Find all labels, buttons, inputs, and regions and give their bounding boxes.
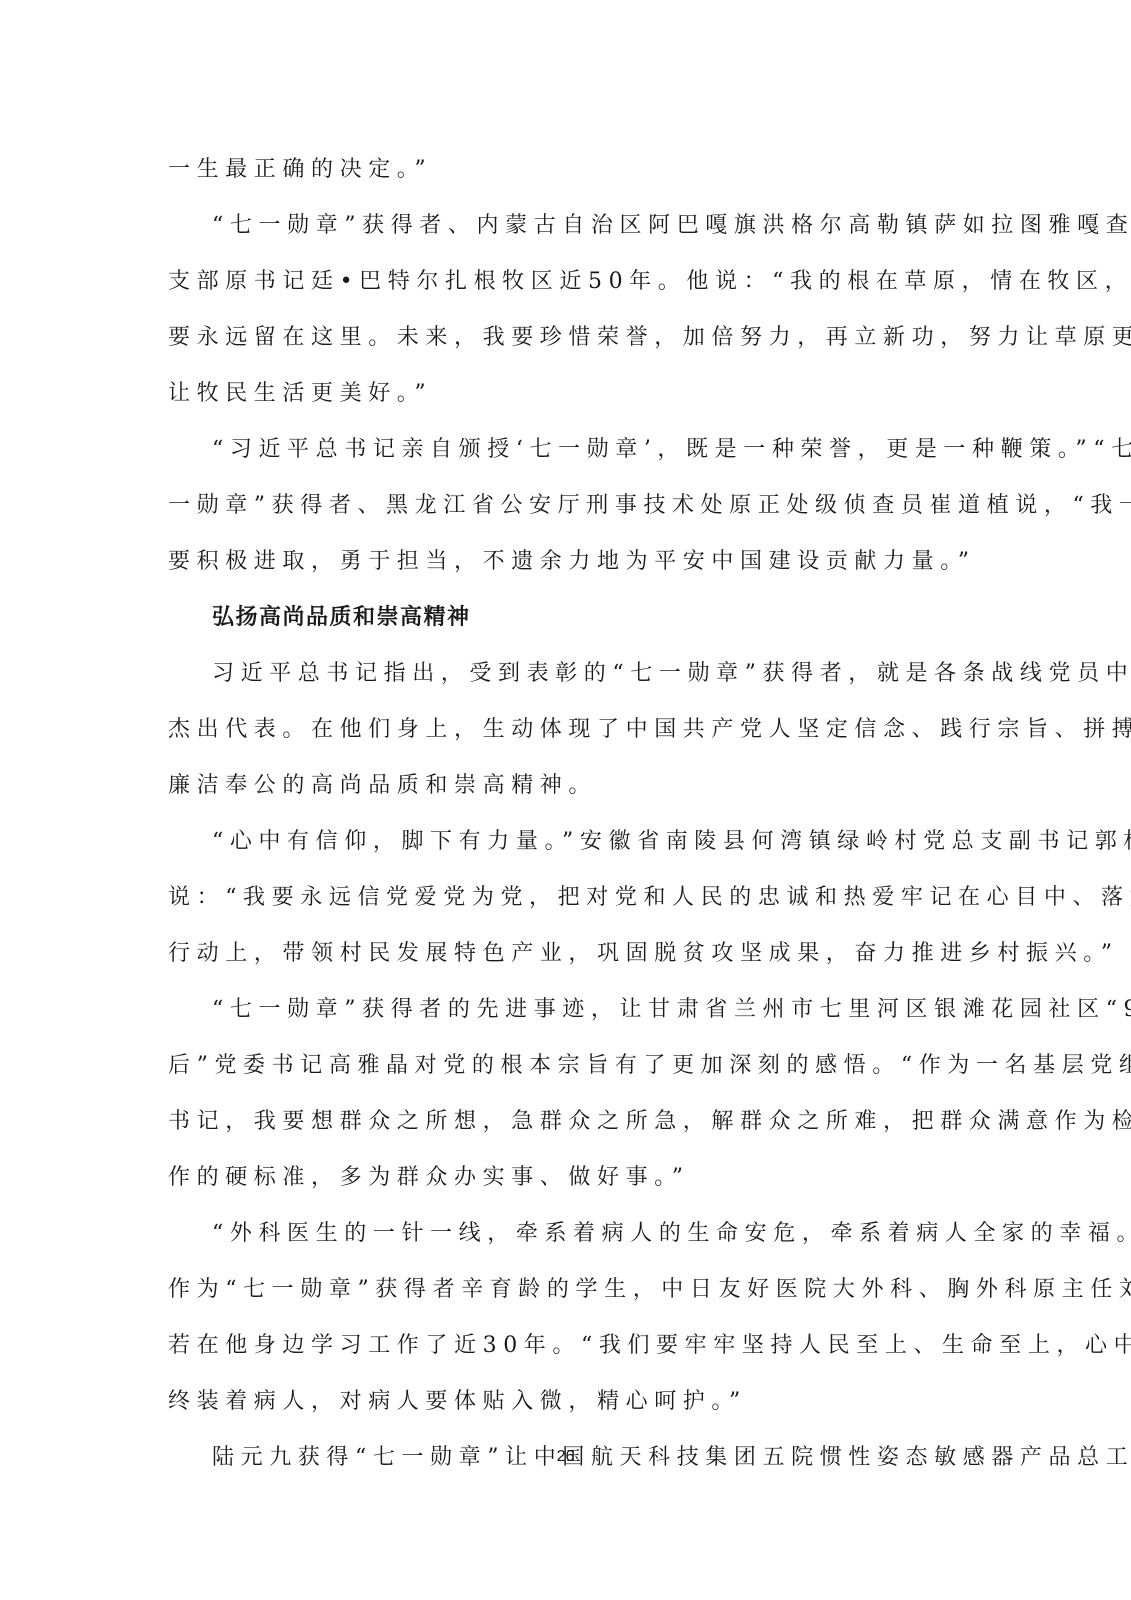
paragraph-line: 要积极进取，勇于担当，不遗余力地为平安中国建设贡献力量。” (168, 542, 976, 582)
paragraph-line: 支部原书记廷•巴特尔扎根牧区近50年。他说：“我的根在草原，情在牧区，我 (168, 262, 942, 302)
paragraph-line: 一生最正确的决定。” (168, 150, 432, 190)
paragraph-line: 杰出代表。在他们身上，生动体现了中国共产党人坚定信念、践行宗旨、拼搏奉献、 (168, 710, 942, 750)
page-number: 26 (0, 1448, 1131, 1466)
paragraph-line: 作的硬标准，多为群众办实事、做好事。” (168, 1158, 690, 1198)
paragraph-line: 让牧民生活更美好。” (168, 374, 432, 414)
paragraph-line: 行动上，带领村民发展特色产业，巩固脱贫攻坚成果，奋力推进乡村振兴。” (168, 934, 1119, 974)
paragraph-line: 后”党委书记高雅晶对党的根本宗旨有了更加深刻的感悟。“作为一名基层党组织 (168, 1046, 942, 1086)
paragraph-line: “七一勋章”获得者的先进事迹，让甘肃省兰州市七里河区银滩花园社区“90 (212, 990, 942, 1030)
paragraph-line: 若在他身边学习工作了近30年。“我们要牢牢坚持人民至上、生命至上，心中始 (168, 1326, 942, 1366)
paragraph-line: 一勋章”获得者、黑龙江省公安厅刑事技术处原正处级侦查员崔道植说，“我一定 (168, 486, 942, 526)
paragraph-line: 习近平总书记指出，受到表彰的“七一勋章”获得者，就是各条战线党员中的 (212, 654, 942, 694)
paragraph-line: “外科医生的一针一线，牵系着病人的生命安危，牵系着病人全家的幸福。” (212, 1214, 942, 1254)
paragraph-line: 作为“七一勋章”获得者辛育龄的学生，中日友好医院大外科、胸外科原主任刘德 (168, 1270, 942, 1310)
paragraph-line: 廉洁奉公的高尚品质和崇高精神。 (168, 766, 597, 806)
paragraph-line: “心中有信仰，脚下有力量。”安徽省南陵县何湾镇绿岭村党总支副书记郭林 (212, 822, 942, 862)
paragraph-line: 终装着病人，对病人要体贴入微，精心呵护。” (168, 1382, 747, 1422)
paragraph-line: 书记，我要想群众之所想，急群众之所急，解群众之所难，把群众满意作为检验工 (168, 1102, 942, 1142)
section-heading: 弘扬高尚品质和崇高精神 (212, 598, 471, 638)
paragraph-line: “七一勋章”获得者、内蒙古自治区阿巴嘎旗洪格尔高勒镇萨如拉图雅嘎查党 (212, 206, 942, 246)
paragraph-line: 要永远留在这里。未来，我要珍惜荣誉，加倍努力，再立新功，努力让草原更美丽， (168, 318, 942, 358)
paragraph-line: “习近平总书记亲自颁授‘七一勋章’，既是一种荣誉，更是一种鞭策。”“七 (212, 430, 942, 470)
paragraph-line: 说：“我要永远信党爱党为党，把对党和人民的忠诚和热爱牢记在心目中、落实在 (168, 878, 942, 918)
